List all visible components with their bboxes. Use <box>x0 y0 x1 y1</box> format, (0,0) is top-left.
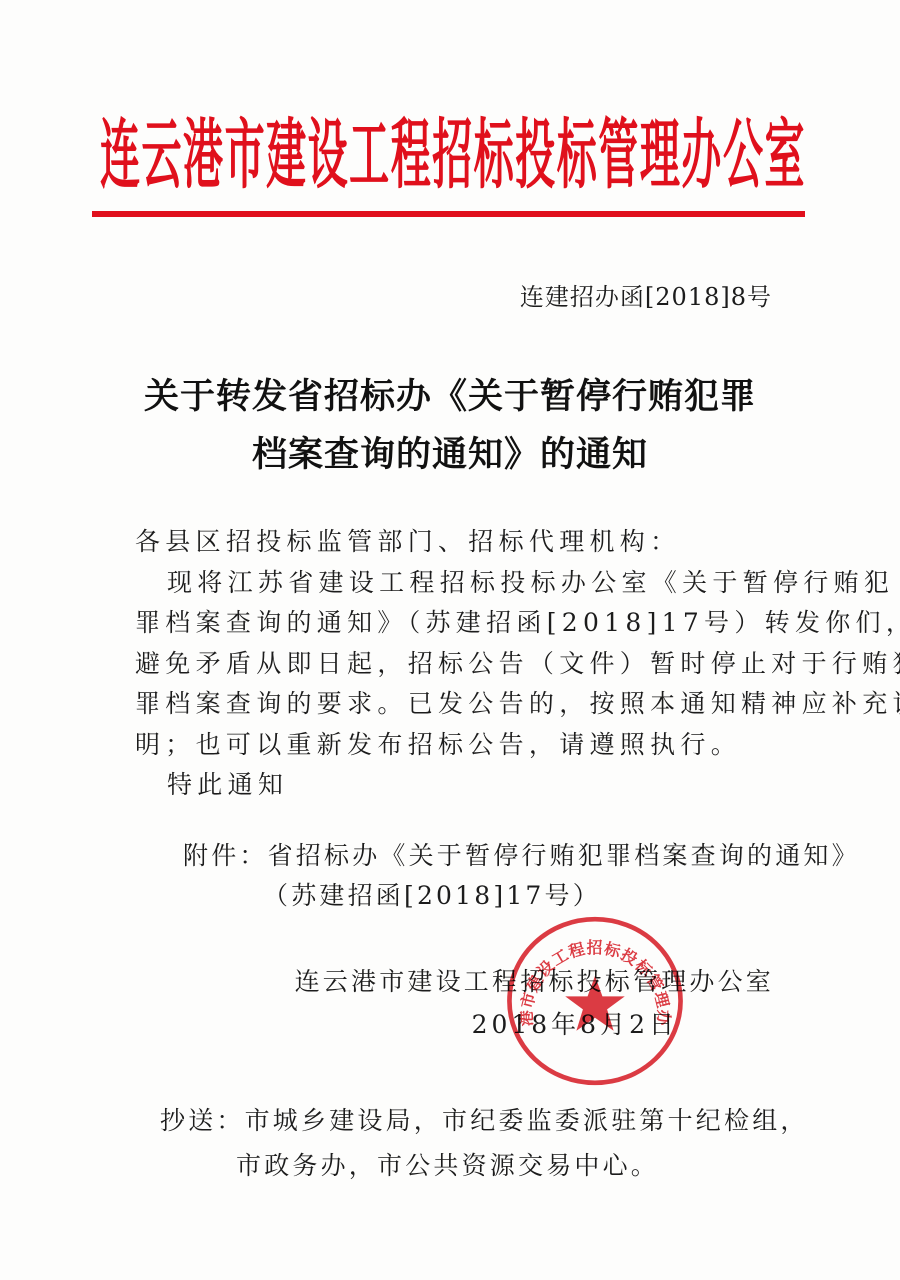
document-title: 关于转发省招标办《关于暂停行贿犯罪 档案查询的通知》的通知 <box>0 368 900 484</box>
body-paragraph-line: 避免矛盾从即日起，招标公告（文件）暂时停止对于行贿犯 <box>135 644 780 685</box>
document-title-line-2: 档案查询的通知》的通知 <box>0 426 900 484</box>
attachment-line-1: 附件：省招标办《关于暂停行贿犯罪档案查询的通知》 <box>183 836 860 876</box>
document-title-line-1: 关于转发省招标办《关于暂停行贿犯罪 <box>0 368 900 426</box>
letterhead: 连云港市建设工程招标投标管理办公室 <box>100 104 806 194</box>
cc-line-2: 市政务办，市公共资源交易中心。 <box>160 1143 809 1188</box>
document-body: 各县区招投标监管部门、招标代理机构： 现将江苏省建设工程招标投标办公室《关于暂停… <box>135 522 780 806</box>
official-seal-icon: 连云港市建设工程招标投标管理办公室 <box>502 912 688 1090</box>
salutation: 各县区招投标监管部门、招标代理机构： <box>135 522 780 563</box>
attachment-line-2: （苏建招函[2018]17号） <box>183 876 860 916</box>
attachment-note: 附件：省招标办《关于暂停行贿犯罪档案查询的通知》 （苏建招函[2018]17号） <box>183 836 860 916</box>
closing-text: 特此通知 <box>135 765 780 806</box>
document-number: 连建招办函[2018]8号 <box>520 277 772 312</box>
body-paragraph-line: 罪档案查询的通知》（苏建招函[2018]17号）转发你们，为 <box>135 603 780 644</box>
cc-line-1: 抄送：市城乡建设局，市纪委监委派驻第十纪检组， <box>160 1098 809 1143</box>
document-page: 连云港市建设工程招标投标管理办公室 连建招办函[2018]8号 关于转发省招标办… <box>0 0 900 1280</box>
letterhead-title: 连云港市建设工程招标投标管理办公室 <box>100 95 806 203</box>
body-paragraph-line: 现将江苏省建设工程招标投标办公室《关于暂停行贿犯 <box>135 563 780 604</box>
red-divider-rule <box>92 211 805 217</box>
seal-star-icon <box>565 976 625 1031</box>
body-paragraph-line: 罪档案查询的要求。已发公告的，按照本通知精神应补充说 <box>135 684 780 725</box>
cc-recipients: 抄送：市城乡建设局，市纪委监委派驻第十纪检组， 市政务办，市公共资源交易中心。 <box>160 1098 809 1188</box>
body-paragraph-line: 明；也可以重新发布招标公告，请遵照执行。 <box>135 725 780 766</box>
